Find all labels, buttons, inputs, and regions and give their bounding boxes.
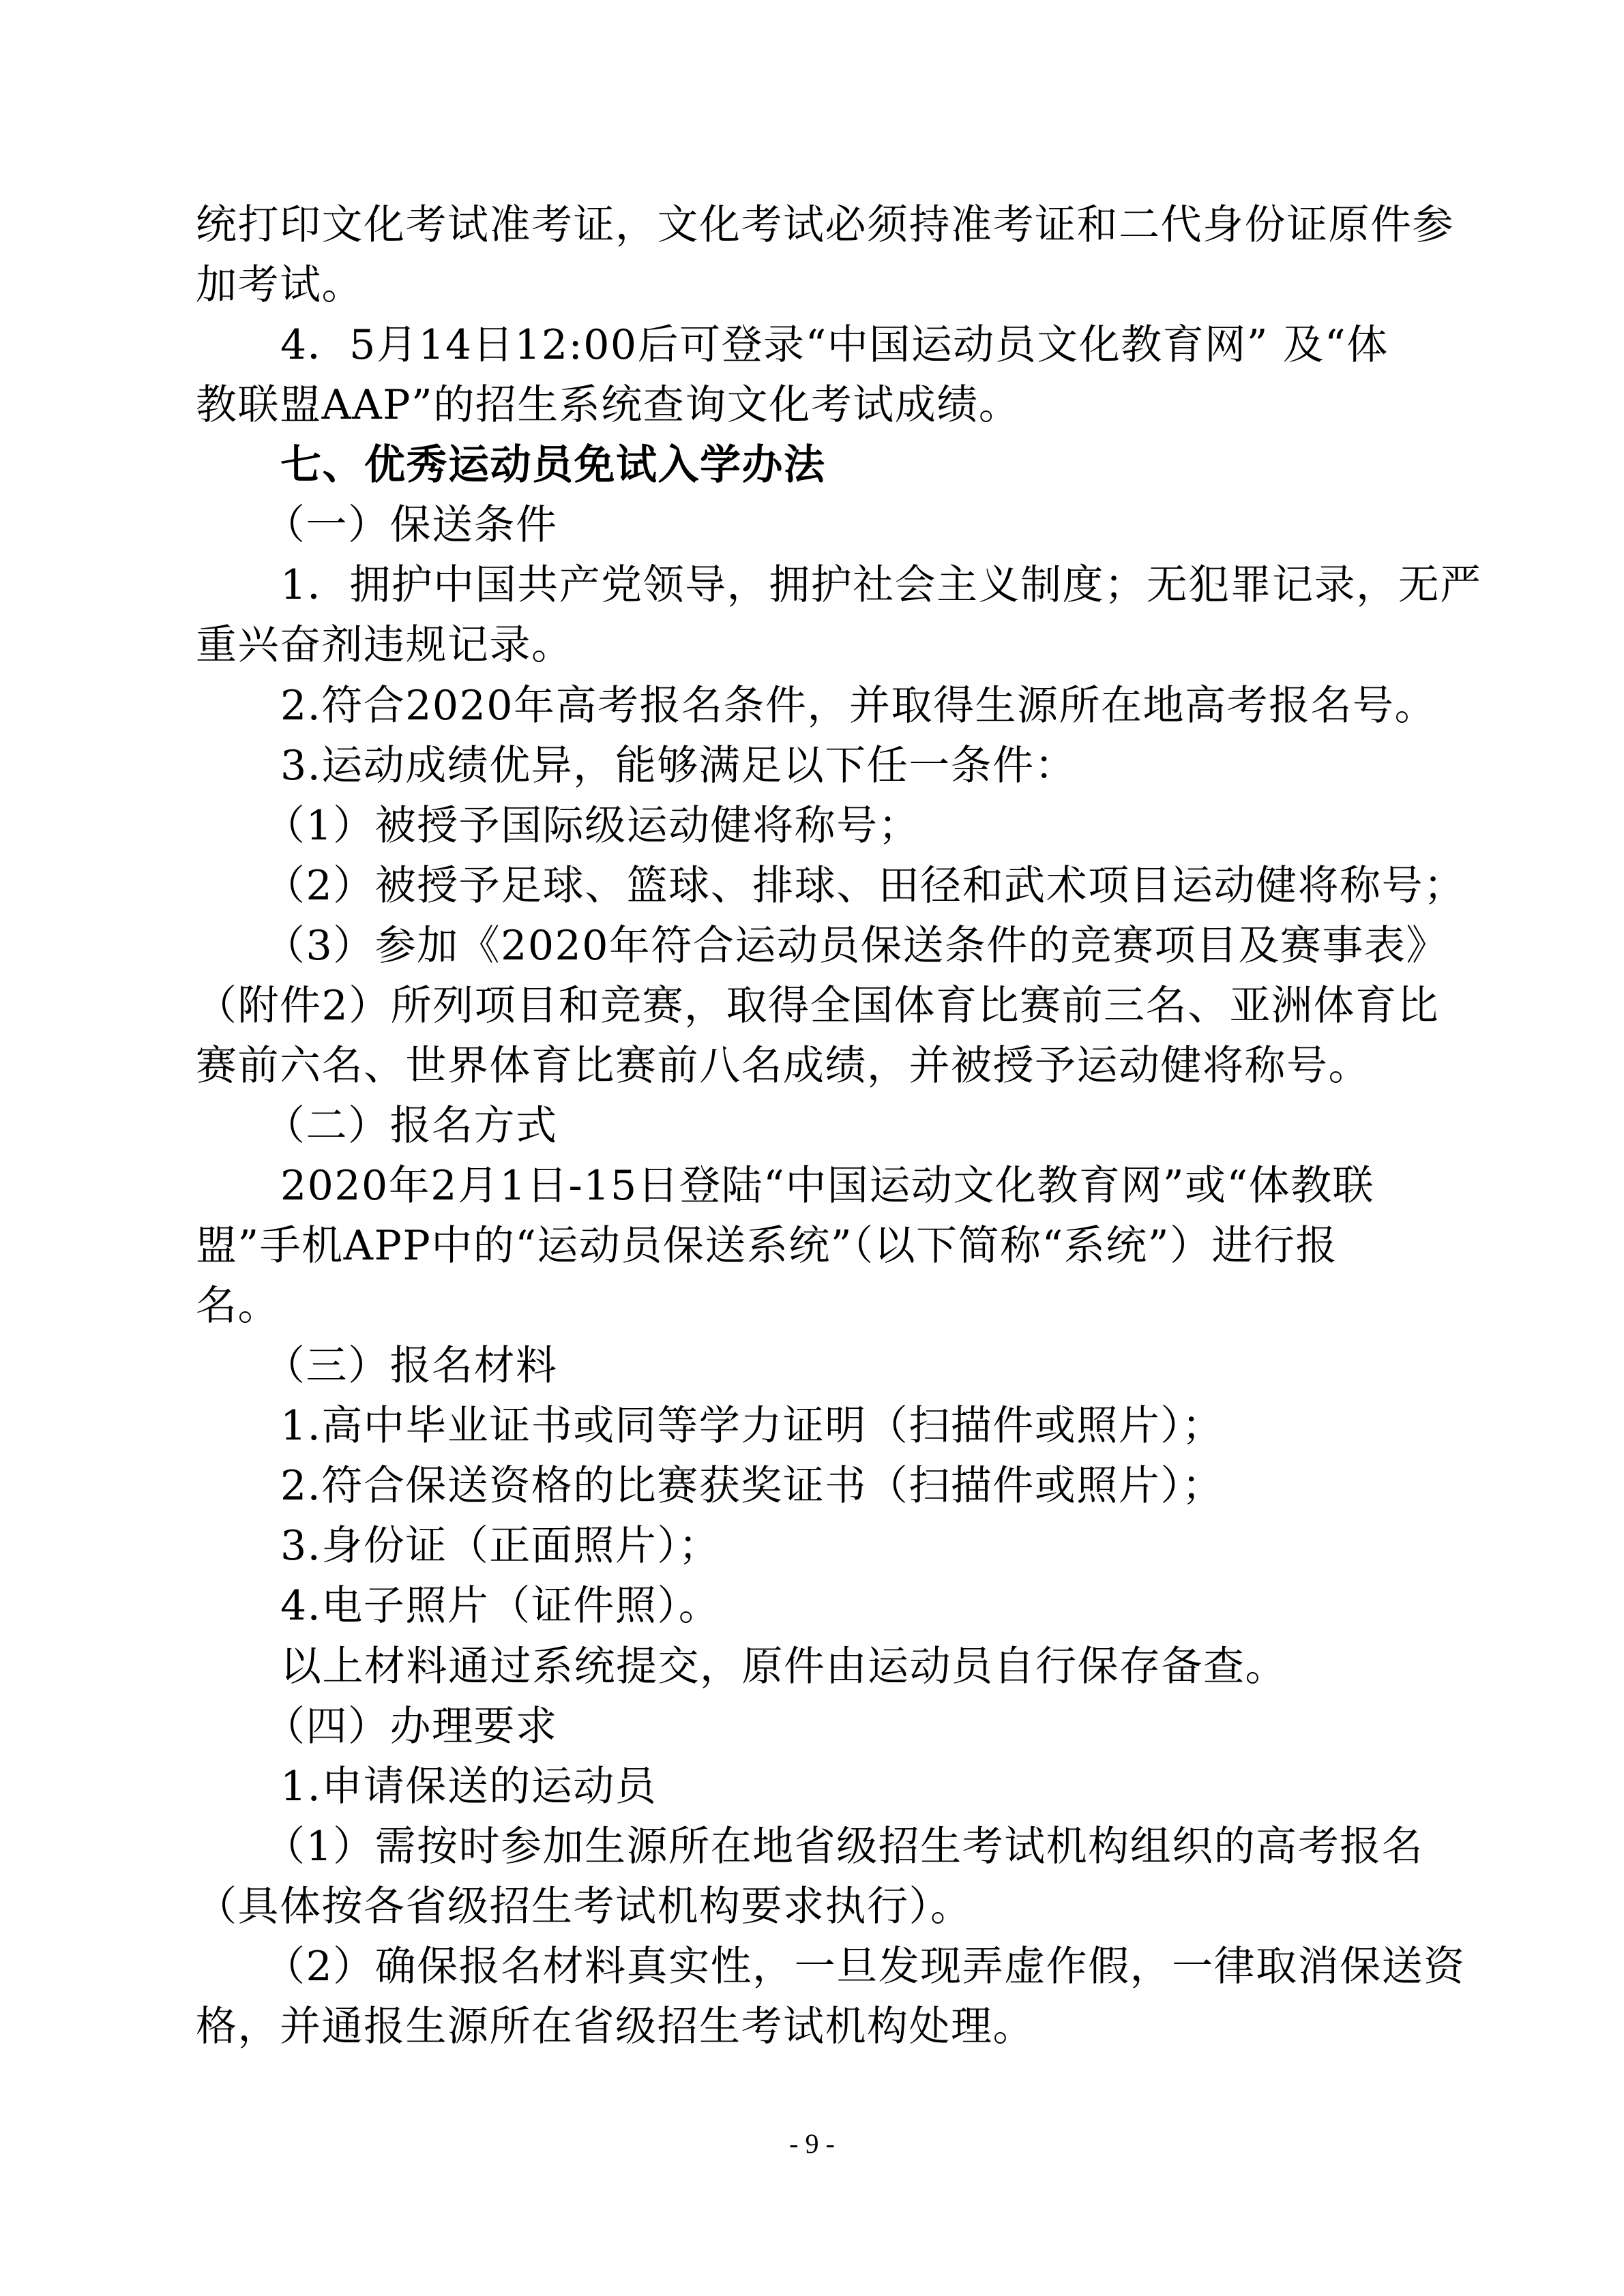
condition-item-3: 3.运动成绩优异，能够满足以下任一条件： — [196, 736, 1423, 796]
material-item-3: 3.身份证（正面照片）； — [196, 1516, 1423, 1576]
paragraph-continuation-line: 名。 — [196, 1276, 1423, 1336]
paragraph-continuation-line: 格，并通报生源所在省级招生考试机构处理。 — [196, 1997, 1423, 2057]
paragraph-continuation-line: 加考试。 — [196, 255, 1423, 315]
material-item-2: 2.符合保送资格的比赛获奖证书（扫描件或照片）； — [196, 1456, 1423, 1516]
condition-item-1: 1．拥护中国共产党领导，拥护社会主义制度；无犯罪记录，无严 — [196, 555, 1423, 615]
requirement-subitem-2: （2）确保报名材料真实性，一旦发现弄虚作假，一律取消保送资 — [196, 1937, 1423, 1997]
requirement-item-1: 1.申请保送的运动员 — [196, 1757, 1423, 1817]
condition-item-2: 2.符合2020年高考报名条件，并取得生源所在地高考报名号。 — [196, 676, 1423, 736]
page-number: - 9 - — [0, 2128, 1624, 2160]
subsection-heading-1: （一）保送条件 — [196, 495, 1423, 555]
paragraph-continuation-line: 赛前六名、世界体育比赛前八名成绩，并被授予运动健将称号。 — [196, 1036, 1423, 1096]
paragraph-continuation-line: 教联盟AAP”的招生系统查询文化考试成绩。 — [196, 375, 1423, 435]
subsection-heading-4: （四）办理要求 — [196, 1697, 1423, 1757]
condition-subitem-1: （1）被授予国际级运动健将称号； — [196, 796, 1423, 856]
paragraph-continuation-line: 统打印文化考试准考证，文化考试必须持准考证和二代身份证原件参 — [196, 195, 1423, 255]
material-item-4: 4.电子照片（证件照）。 — [196, 1576, 1423, 1636]
document-body: 统打印文化考试准考证，文化考试必须持准考证和二代身份证原件参 加考试。 4．5月… — [196, 195, 1423, 2057]
paragraph-item-4: 4．5月14日12:00后可登录“中国运动员文化教育网” 及“体 — [196, 315, 1423, 375]
condition-subitem-2: （2）被授予足球、篮球、排球、田径和武术项目运动健将称号； — [196, 856, 1423, 916]
paragraph-continuation-line: （附件2）所列项目和竞赛，取得全国体育比赛前三名、亚洲体育比 — [196, 976, 1423, 1036]
paragraph-continuation-line: 盟”手机APP中的“运动员保送系统”（以下简称“系统”）进行报 — [196, 1216, 1423, 1276]
material-item-1: 1.高中毕业证书或同等学力证明（扫描件或照片）； — [196, 1396, 1423, 1456]
document-page: 统打印文化考试准考证，文化考试必须持准考证和二代身份证原件参 加考试。 4．5月… — [0, 0, 1624, 2296]
condition-subitem-3: （3）参加《2020年符合运动员保送条件的竞赛项目及赛事表》 — [196, 916, 1423, 976]
section-heading-7: 七、优秀运动员免试入学办法 — [196, 435, 1423, 495]
subsection-heading-2: （二）报名方式 — [196, 1096, 1423, 1156]
subsection-heading-3: （三）报名材料 — [196, 1336, 1423, 1396]
materials-note: 以上材料通过系统提交，原件由运动员自行保存备查。 — [196, 1637, 1423, 1697]
registration-method-paragraph: 2020年2月1日-15日登陆“中国运动文化教育网”或“体教联 — [196, 1156, 1423, 1216]
paragraph-continuation-line: （具体按各省级招生考试机构要求执行）。 — [196, 1877, 1423, 1937]
paragraph-continuation-line: 重兴奋剂违规记录。 — [196, 615, 1423, 675]
requirement-subitem-1: （1）需按时参加生源所在地省级招生考试机构组织的高考报名 — [196, 1817, 1423, 1877]
